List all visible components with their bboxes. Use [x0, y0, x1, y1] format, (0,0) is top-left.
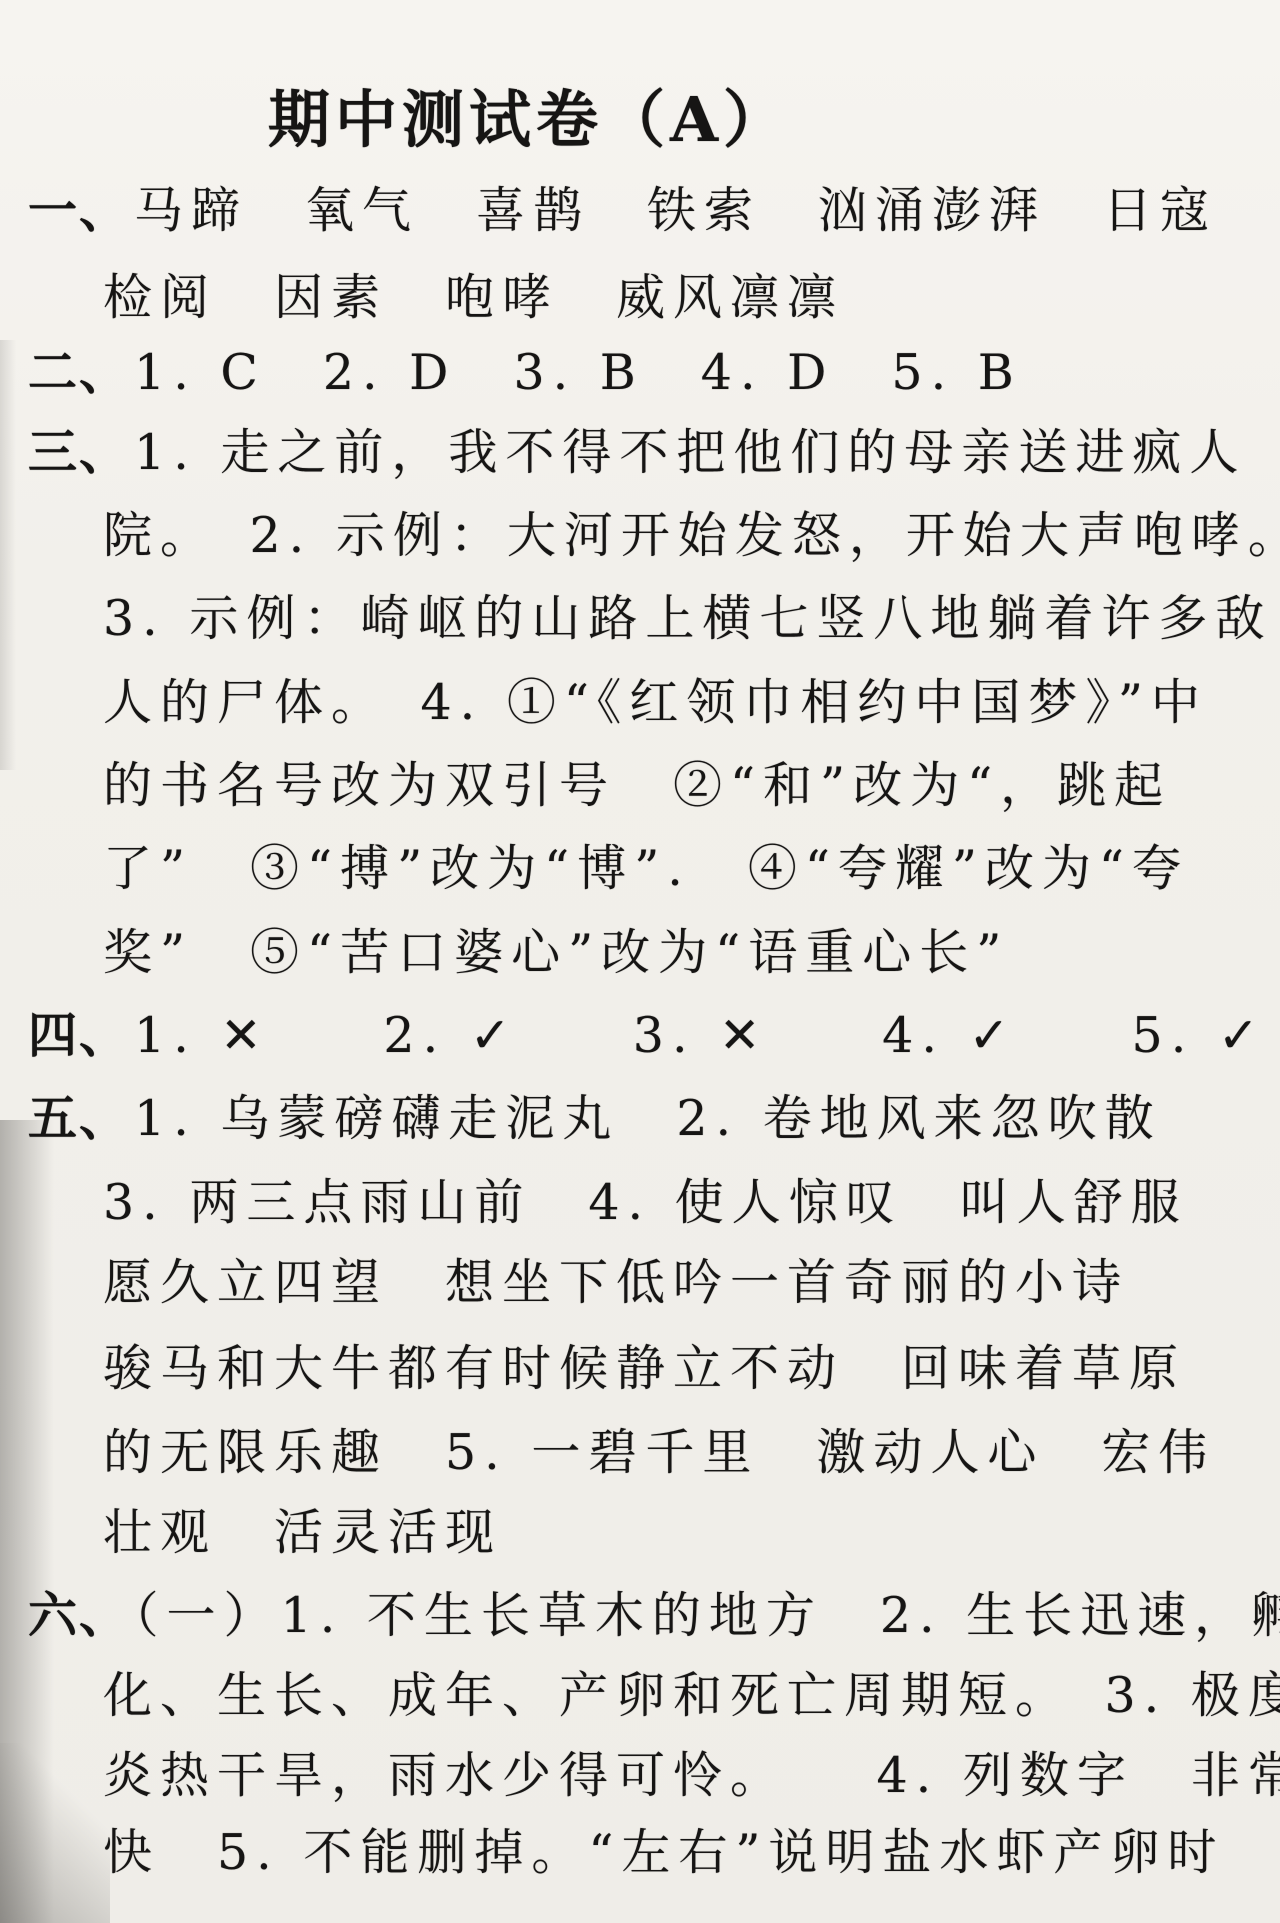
answer-line: 炎热干旱，雨水少得可怜。 4. 列数字 非常	[103, 1748, 1280, 1804]
section-label: 一、	[28, 184, 130, 238]
answer-text: 炎热干旱，雨水少得可怜。 4. 列数字 非常	[103, 1747, 1280, 1804]
answer-text: 1. 乌蒙磅礴走泥丸 2. 卷地风来忽吹散	[134, 1090, 1162, 1147]
answer-text: 1. 走之前，我不得不把他们的母亲送进疯人	[134, 424, 1246, 481]
answer-text: 的书名号改为双引号 ②“和”改为“，跳起	[103, 757, 1171, 814]
answer-line: 化、生长、成年、产卵和死亡周期短。 3. 极度	[103, 1668, 1280, 1724]
scan-shadow-bottom-left	[0, 1743, 110, 1923]
answer-line: 五、1. 乌蒙磅礴走泥丸 2. 卷地风来忽吹散	[28, 1091, 1162, 1147]
answer-line: 人的尸体。 4. ①“《红领巾相约中国梦》”中	[103, 675, 1208, 731]
answer-line: 愿久立四望 想坐下低吟一首奇丽的小诗	[103, 1255, 1129, 1311]
answer-line: 壮观 活灵活现	[103, 1505, 502, 1561]
section-label: 四、	[28, 1009, 130, 1063]
answer-text: 1. C 2. D 3. B 4. D 5. B	[134, 344, 1022, 401]
answer-line: 的书名号改为双引号 ②“和”改为“，跳起	[103, 758, 1171, 814]
answer-line: 院。 2. 示例：大河开始发怒，开始大声咆哮。	[103, 508, 1280, 564]
answer-line: 了” ③“搏”改为“博”. ④“夸耀”改为“夸	[103, 841, 1189, 897]
answer-text: 3. 两三点雨山前 4. 使人惊叹 叫人舒服	[103, 1174, 1188, 1231]
answer-text: 化、生长、成年、产卵和死亡周期短。 3. 极度	[103, 1667, 1280, 1724]
answer-line: 四、1. ✕ 2. ✓ 3. ✕ 4. ✓ 5. ✓	[28, 1008, 1267, 1064]
answer-text: 人的尸体。 4. ①“《红领巾相约中国梦》”中	[103, 674, 1208, 731]
answer-text: 壮观 活灵活现	[103, 1504, 502, 1561]
answer-text: 奖” ⑤“苦口婆心”改为“语重心长”	[103, 924, 1009, 981]
answer-line: 三、1. 走之前，我不得不把他们的母亲送进疯人	[28, 425, 1246, 481]
scan-shadow-left-upper	[0, 340, 16, 770]
scan-shadow-left	[0, 1120, 54, 1923]
section-label: 五、	[28, 1092, 130, 1146]
section-label: 二、	[28, 346, 130, 400]
scanned-answer-page: { "title": "期中测试卷（A）", "lines": [ {"labe…	[0, 0, 1280, 1923]
answer-line: 检阅 因素 咆哮 威风凛凛	[103, 270, 844, 326]
answer-text: 愿久立四望 想坐下低吟一首奇丽的小诗	[103, 1254, 1129, 1311]
answer-text: 的无限乐趣 5. 一碧千里 激动人心 宏伟	[103, 1424, 1215, 1481]
answer-text: 骏马和大牛都有时候静立不动 回味着草原	[103, 1340, 1186, 1397]
page-title: 期中测试卷（A）	[0, 70, 1058, 159]
answer-line: 奖” ⑤“苦口婆心”改为“语重心长”	[103, 925, 1009, 981]
answer-text: 1. ✕ 2. ✓ 3. ✕ 4. ✓ 5. ✓	[134, 1007, 1267, 1064]
answer-text: 马蹄 氧气 喜鹊 铁索 汹涌澎湃 日寇	[134, 182, 1217, 239]
answer-line: 3. 示例：崎岖的山路上横七竖八地躺着许多敌	[103, 591, 1272, 647]
answer-line: 快 5. 不能删掉。“左右”说明盐水虾产卵时	[103, 1825, 1224, 1881]
section-label: 三、	[28, 426, 130, 480]
answer-line: 六、（一）1. 不生长草木的地方 2. 生长迅速，孵	[28, 1588, 1280, 1644]
section-label: 六、	[28, 1589, 130, 1643]
answer-line: 的无限乐趣 5. 一碧千里 激动人心 宏伟	[103, 1425, 1215, 1481]
answer-text: 快 5. 不能删掉。“左右”说明盐水虾产卵时	[103, 1824, 1224, 1881]
answer-line: 3. 两三点雨山前 4. 使人惊叹 叫人舒服	[103, 1175, 1188, 1231]
answer-line: 二、1. C 2. D 3. B 4. D 5. B	[28, 345, 1022, 401]
answer-text: 院。 2. 示例：大河开始发怒，开始大声咆哮。	[103, 507, 1280, 564]
answer-text: 了” ③“搏”改为“博”. ④“夸耀”改为“夸	[103, 840, 1189, 897]
answer-text: （一）1. 不生长草木的地方 2. 生长迅速，孵	[134, 1587, 1280, 1644]
answer-line: 骏马和大牛都有时候静立不动 回味着草原	[103, 1341, 1186, 1397]
answer-text: 检阅 因素 咆哮 威风凛凛	[103, 269, 844, 326]
answer-text: 3. 示例：崎岖的山路上横七竖八地躺着许多敌	[103, 590, 1272, 647]
answer-line: 一、马蹄 氧气 喜鹊 铁索 汹涌澎湃 日寇	[28, 183, 1217, 239]
